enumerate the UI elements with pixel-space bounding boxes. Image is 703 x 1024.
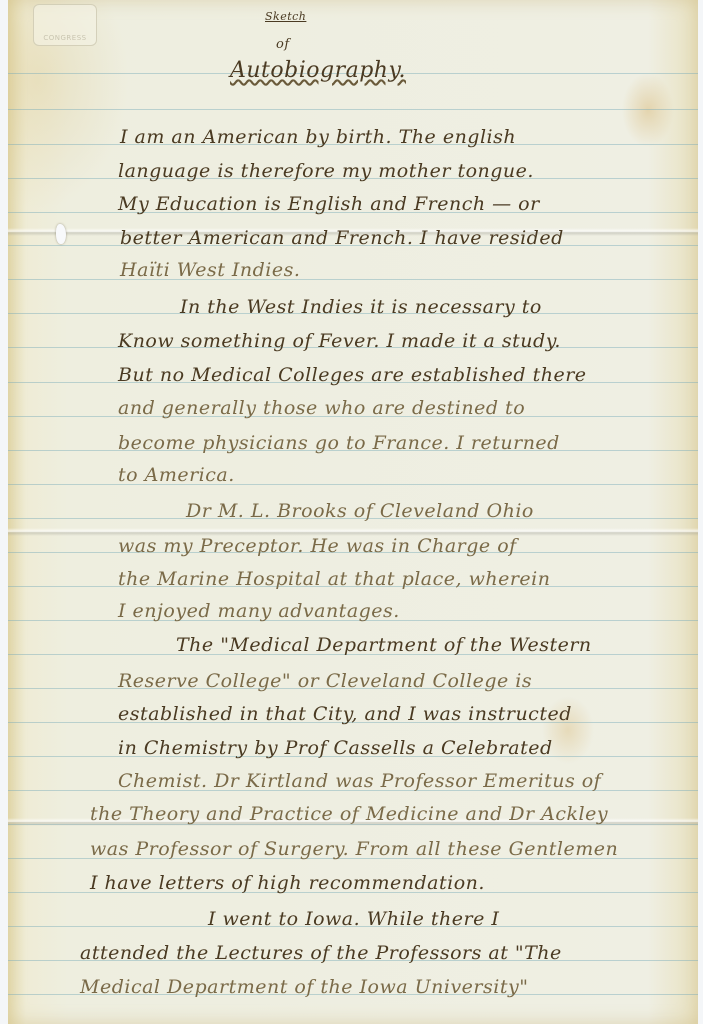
text-line: become physicians go to France. I return… bbox=[118, 432, 560, 454]
heading-of: of bbox=[276, 37, 290, 52]
text-line: better American and French. I have resid… bbox=[120, 227, 564, 249]
text-line: Medical Department of the Iowa Universit… bbox=[80, 976, 528, 998]
text-line: the Marine Hospital at that place, where… bbox=[118, 568, 551, 590]
stamp-text: CONGRESS bbox=[34, 34, 96, 43]
text-line: and generally those who are destined to bbox=[118, 397, 525, 419]
text-line: I went to Iowa. While there I bbox=[208, 908, 499, 930]
heading-title: Autobiography. bbox=[230, 58, 406, 83]
text-line: language is therefore my mother tongue. bbox=[118, 160, 534, 182]
text-line: was Professor of Surgery. From all these… bbox=[90, 838, 618, 860]
manuscript-page: CONGRESS Sketch of Autobiography. I am a… bbox=[8, 0, 698, 1024]
text-line: But no Medical Colleges are established … bbox=[118, 364, 587, 386]
ruled-line bbox=[8, 484, 698, 485]
text-line: I have letters of high recommendation. bbox=[90, 872, 485, 894]
ruled-line bbox=[8, 109, 698, 110]
paper-tear bbox=[56, 224, 66, 244]
text-line: Dr M. L. Brooks of Cleveland Ohio bbox=[186, 500, 534, 522]
text-line: I enjoyed many advantages. bbox=[118, 600, 400, 622]
text-line: Haïti West Indies. bbox=[120, 259, 300, 281]
text-line: Know something of Fever. I made it a stu… bbox=[118, 330, 561, 352]
text-line: In the West Indies it is necessary to bbox=[180, 296, 542, 318]
embossed-stamp: CONGRESS bbox=[33, 4, 97, 46]
text-line: I am an American by birth. The english bbox=[120, 126, 516, 148]
ruled-line bbox=[8, 279, 698, 280]
text-line: My Education is English and French — or bbox=[118, 193, 540, 215]
text-line: Reserve College" or Cleveland College is bbox=[118, 670, 532, 692]
text-line: the Theory and Practice of Medicine and … bbox=[90, 803, 608, 825]
text-line: to America. bbox=[118, 464, 235, 486]
text-line: established in that City, and I was inst… bbox=[118, 703, 572, 725]
text-line: Chemist. Dr Kirtland was Professor Emeri… bbox=[118, 770, 601, 792]
heading-sketch: Sketch bbox=[265, 10, 306, 23]
text-line: attended the Lectures of the Professors … bbox=[80, 942, 562, 964]
text-line: The "Medical Department of the Western bbox=[176, 634, 592, 656]
text-line: in Chemistry by Prof Cassells a Celebrat… bbox=[118, 737, 553, 759]
text-line: was my Preceptor. He was in Charge of bbox=[118, 535, 517, 557]
